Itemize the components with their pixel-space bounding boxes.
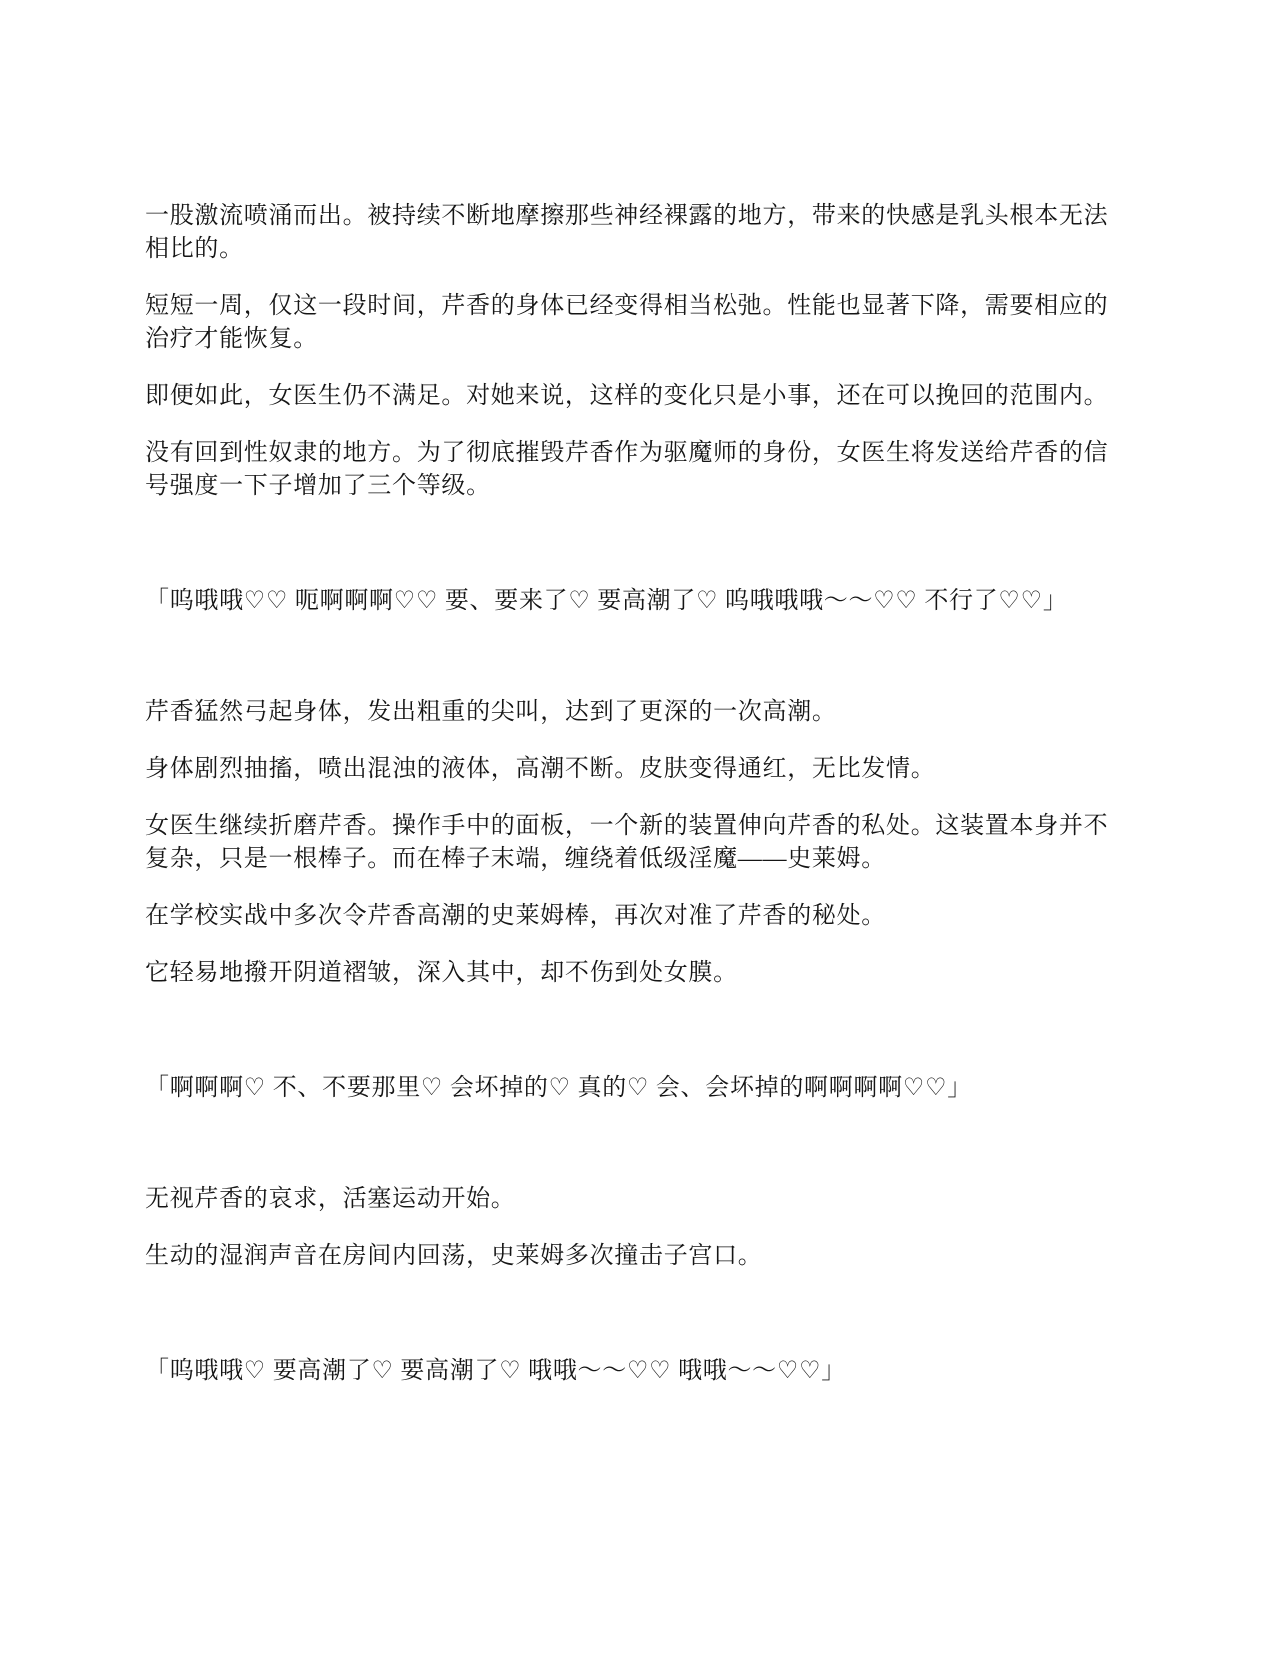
- dialogue-paragraph: 「啊啊啊♡ 不、不要那里♡ 会坏掉的♡ 真的♡ 会、会坏掉的啊啊啊啊♡♡」: [145, 1072, 1113, 1105]
- narration-paragraph: 无视芹香的哀求，活塞运动开始。: [145, 1183, 1113, 1216]
- narration-paragraph: 短短一周，仅这一段时间，芹香的身体已经变得相当松弛。性能也显著下降，需要相应的治…: [145, 290, 1113, 356]
- dialogue-paragraph: 「呜哦哦♡ 要高潮了♡ 要高潮了♡ 哦哦～～♡♡ 哦哦～～♡♡」: [145, 1355, 1113, 1388]
- document-page: 一股激流喷涌而出。被持续不断地摩擦那些神经裸露的地方，带来的快感是乳头根本无法相…: [0, 0, 1280, 1656]
- narration-paragraph: 生动的湿润声音在房间内回荡，史莱姆多次撞击子宫口。: [145, 1240, 1113, 1273]
- narration-paragraph: 没有回到性奴隶的地方。为了彻底摧毁芹香作为驱魔师的身份，女医生将发送给芹香的信号…: [145, 437, 1113, 503]
- narration-paragraph: 在学校实战中多次令芹香高潮的史莱姆棒，再次对准了芹香的秘处。: [145, 900, 1113, 933]
- dialogue-paragraph: 「呜哦哦♡♡ 呃啊啊啊♡♡ 要、要来了♡ 要高潮了♡ 呜哦哦哦～～♡♡ 不行了♡…: [145, 585, 1113, 618]
- narration-paragraph: 即便如此，女医生仍不满足。对她来说，这样的变化只是小事，还在可以挽回的范围内。: [145, 380, 1113, 413]
- story-text-block: 一股激流喷涌而出。被持续不断地摩擦那些神经裸露的地方，带来的快感是乳头根本无法相…: [145, 200, 1113, 1466]
- narration-paragraph: 芹香猛然弓起身体，发出粗重的尖叫，达到了更深的一次高潮。: [145, 696, 1113, 729]
- narration-paragraph: 一股激流喷涌而出。被持续不断地摩擦那些神经裸露的地方，带来的快感是乳头根本无法相…: [145, 200, 1113, 266]
- narration-paragraph: 它轻易地撥开阴道褶皱，深入其中，却不伤到处女膜。: [145, 957, 1113, 990]
- narration-paragraph: 身体剧烈抽搐，喷出混浊的液体，高潮不断。皮肤变得通红，无比发情。: [145, 753, 1113, 786]
- narration-paragraph: 女医生继续折磨芹香。操作手中的面板，一个新的装置伸向芹香的私处。这装置本身并不复…: [145, 810, 1113, 876]
